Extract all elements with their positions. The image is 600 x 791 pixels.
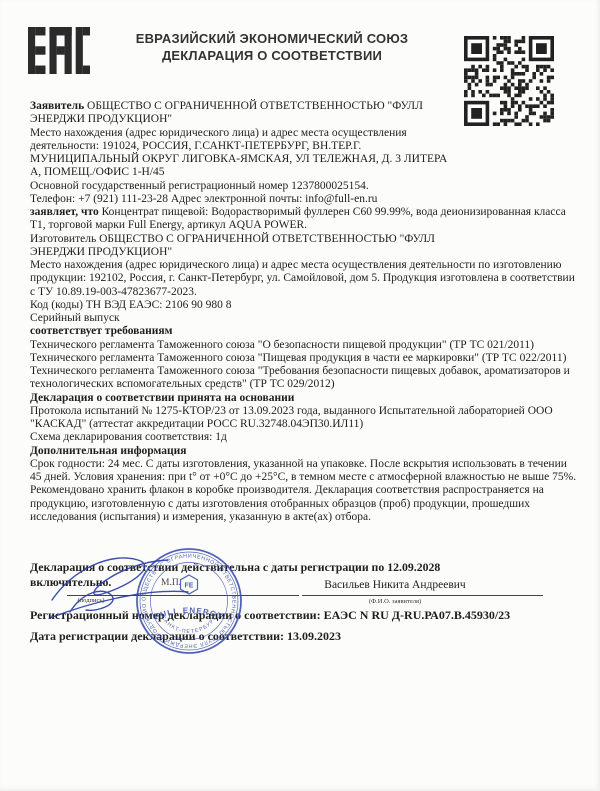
fio-line: [302, 595, 543, 596]
regulation-item: Технического регламента Таможенного союз…: [30, 352, 580, 365]
applicant-fio: Васильев Никита Андреевич: [300, 579, 490, 591]
additional-text: Срок годности: 24 мес. С даты изготовлен…: [30, 458, 580, 524]
applicant-ogrn: Основной государственный регистрационный…: [30, 180, 580, 193]
union-name: ЕВРАЗИЙСКИЙ ЭКОНОМИЧЕСКИЙ СОЮЗ: [96, 31, 448, 48]
registration-date: 13.09.2023: [287, 629, 341, 643]
applicant-address: Место нахождения (адрес юридического лиц…: [30, 127, 456, 180]
regulation-item: Технического регламента Таможенного союз…: [30, 339, 580, 352]
product-description: Концентрат пищевой: Водорастворимый фулл…: [30, 206, 566, 231]
eac-mark-icon: [28, 27, 90, 74]
applicant-line: Заявитель ОБЩЕСТВО С ОГРАНИЧЕННОЙ ОТВЕТС…: [30, 100, 480, 127]
release-type: Серийный выпуск: [30, 312, 580, 325]
manufacturer-address: Место нахождения (адрес юридического лиц…: [30, 259, 580, 299]
applicant-label: Заявитель: [30, 100, 84, 112]
basis-heading: Декларация о соответствии принята на осн…: [30, 392, 580, 405]
compliance-heading: соответствует требованиям: [30, 325, 580, 338]
registration-number: ЕАЭС N RU Д-RU.РА07.В.45930/23: [324, 608, 511, 622]
additional-heading: Дополнительная информация: [30, 445, 580, 458]
applicant-contacts: Телефон: +7 (921) 111-23-28 Адрес электр…: [30, 193, 580, 206]
document-title: ЕВРАЗИЙСКИЙ ЭКОНОМИЧЕСКИЙ СОЮЗ ДЕКЛАРАЦИ…: [96, 31, 448, 64]
regulation-item: Технического регламента Таможенного союз…: [30, 365, 580, 392]
declaration-document: ЕВРАЗИЙСКИЙ ЭКОНОМИЧЕСКИЙ СОЮЗ ДЕКЛАРАЦИ…: [0, 0, 600, 791]
handwritten-signature: [46, 548, 196, 633]
declaration-body: Заявитель ОБЩЕСТВО С ОГРАНИЧЕННОЙ ОТВЕТС…: [30, 100, 580, 524]
declaration-scheme: Схема декларирования соответствия: 1д: [30, 431, 580, 444]
manufacturer-line: Изготовитель ОБЩЕСТВО С ОГРАНИЧЕННОЙ ОТВ…: [30, 233, 490, 260]
fio-caption: (Ф.И.О. заявителя): [300, 598, 490, 605]
test-protocol: Протокола испытаний № 1275-КТОР/23 от 13…: [30, 405, 580, 432]
declares-label: заявляет, что: [30, 206, 99, 218]
manufacturer-label: Изготовитель: [30, 233, 96, 245]
product-line: заявляет, что Концентрат пищевой: Водора…: [30, 206, 580, 233]
declaration-title: ДЕКЛАРАЦИЯ О СООТВЕТСТВИИ: [96, 48, 448, 65]
tnved-code: Код (коды) ТН ВЭД ЕАЭС: 2106 90 980 8: [30, 299, 580, 312]
applicant-name: ОБЩЕСТВО С ОГРАНИЧЕННОЙ ОТВЕТСТВЕННОСТЬЮ…: [30, 100, 423, 125]
